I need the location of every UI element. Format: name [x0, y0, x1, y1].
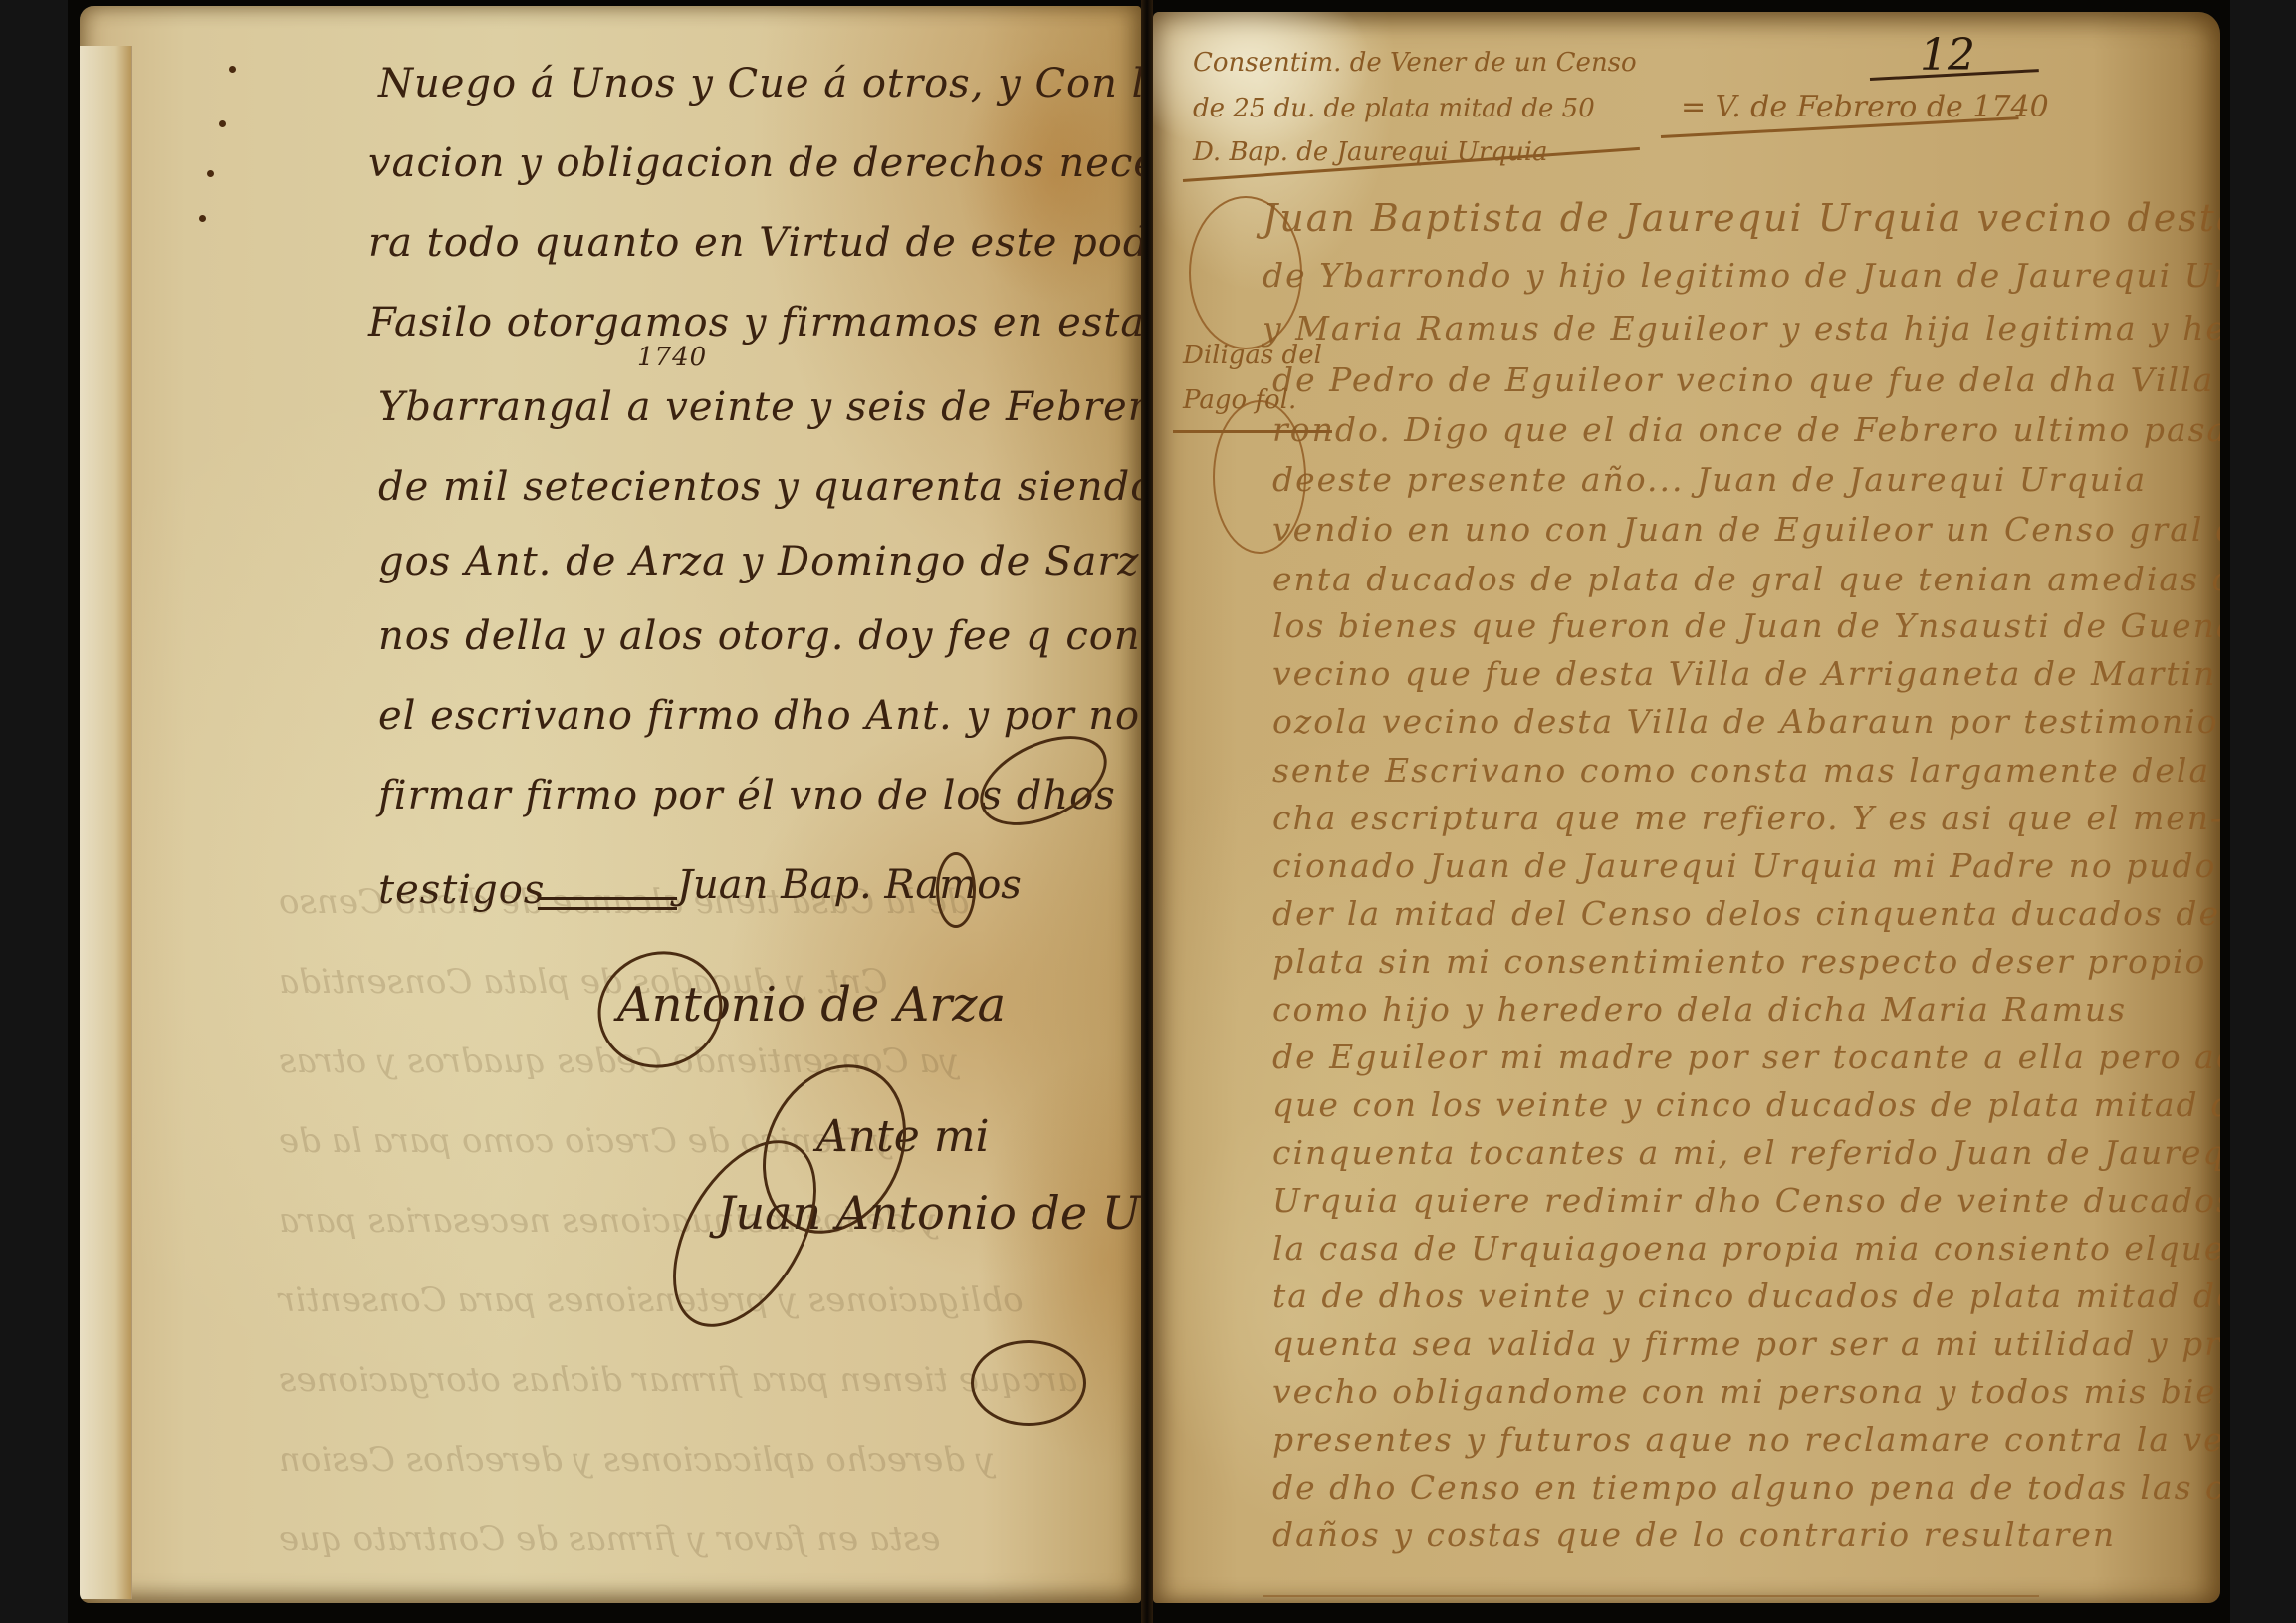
manuscript-line: vacion y obligacion de derechos necesari… [368, 140, 1141, 186]
bleed-through-text: arcque tienen para firmar dichas otorgac… [279, 1360, 1077, 1400]
manuscript-line: el escrivano firmo dho Ant. y por no sab… [378, 693, 1141, 739]
manuscript-line: cionado Juan de Jaurequi Urquia mi Padre… [1272, 846, 2220, 885]
witnesses-label: testigos [378, 867, 545, 913]
witness-dash-rule [538, 897, 677, 900]
manuscript-line: los bienes que fueron de Juan de Ynsaust… [1272, 606, 2220, 645]
manuscript-line: Ybarrangal a veinte y seis de Febrero de… [378, 384, 1141, 430]
manuscript-line: cinquenta tocantes a mi, el referido Jua… [1272, 1133, 2220, 1172]
signature-flourish [936, 852, 976, 928]
manuscript-line: Urquia quiere redimir dho Censo de veint… [1272, 1181, 2220, 1220]
manuscript-line: como hijo y heredero dela dicha Maria Ra… [1272, 990, 2127, 1029]
faded-area [1153, 12, 1372, 151]
viewer-side-panel-left [0, 0, 68, 1623]
manuscript-line: de Pedro de Eguileor vecino que fue dela… [1272, 360, 2220, 399]
manuscript-line: ozola vecino desta Villa de Abaraun por … [1272, 702, 2220, 741]
bleed-through-text: obligaciones y pretensiones para Consent… [279, 1280, 1024, 1320]
manuscript-line: Nuego á Unos y Cue á otros, y Con la rel… [378, 61, 1141, 107]
manuscript-line: de dho Censo en tiempo alguno pena de to… [1272, 1468, 2220, 1507]
manuscript-line: enta ducados de plata de gral que tenian… [1272, 560, 2220, 598]
worm-hole [229, 66, 236, 73]
manuscript-line: cha escriptura que me refiero. Y es asi … [1272, 799, 2220, 837]
manuscript-line: Fasilo otorgamos y firmamos en esta Vill… [368, 300, 1141, 346]
manuscript-line: gos Ant. de Arza y Domingo de Sarzoneo V… [378, 539, 1141, 584]
manuscript-line: vendio en uno con Juan de Eguileor un Ce… [1272, 510, 2220, 549]
witness-dash-rule [538, 907, 677, 910]
closing-rule [1263, 1595, 2039, 1597]
manuscript-line: que con los veinte y cinco ducados de pl… [1272, 1085, 2220, 1124]
manuscript-line: Juan Baptista de Jaurequi Urquia vecino … [1263, 196, 2220, 240]
viewer-side-panel-right [2230, 0, 2296, 1623]
bleed-through-text: esta en favor y firmas de Contrato que [279, 1519, 940, 1559]
manuscript-line: rondo. Digo que el dia once de Febrero u… [1272, 410, 2220, 449]
margin-heading-line: D. Bap. de Jaurequi Urquia [1193, 137, 1548, 167]
manuscript-line: nos della y alos otorg. doy fee q conozc… [378, 613, 1141, 659]
manuscript-line: deeste presente año... Juan de Jaurequi … [1272, 460, 2147, 499]
manuscript-line: plata sin mi consentimiento respecto des… [1272, 942, 2220, 981]
manuscript-line: de Eguileor mi madre por ser tocante a e… [1272, 1038, 2220, 1076]
margin-heading-line: Consentim. de Vener de un Censo [1193, 48, 1637, 78]
notary-rubric-flourish [971, 1340, 1086, 1426]
manuscript-line: daños y costas que de lo contrario resul… [1272, 1515, 2116, 1554]
manuscript-line: der la mitad del Censo delos cinquenta d… [1272, 894, 2220, 933]
manuscript-line: presentes y futuros aque no reclamare co… [1272, 1420, 2220, 1459]
margin-heading-line: de 25 du. de plata mitad de 50 [1193, 94, 1595, 123]
manuscript-line: de Ybarrondo y hijo legitimo de Juan de … [1263, 256, 2220, 295]
right-manuscript-page: 12 Consentim. de Vener de un Censo de 25… [1153, 12, 2220, 1603]
book-gutter [1141, 0, 1153, 1623]
worm-hole [207, 170, 214, 177]
manuscript-line: y Maria Ramus de Eguileor y esta hija le… [1263, 309, 2220, 348]
page-edge-leaves [80, 46, 132, 1599]
manuscript-line: ra todo quanto en Virtud de este poder o… [368, 220, 1141, 266]
manuscript-line: quenta sea valida y firme por ser a mi u… [1272, 1324, 2220, 1363]
worm-hole [199, 215, 206, 222]
manuscript-line: ta de dhos veinte y cinco ducados de pla… [1272, 1276, 2220, 1315]
year-annotation: 1740 [637, 343, 707, 372]
worm-hole [219, 120, 226, 127]
bleed-through-text: y derecho aplicaciones y derechos Cesion [279, 1440, 995, 1480]
manuscript-line: sente Escrivano como consta mas largamen… [1272, 751, 2220, 790]
manuscript-line: de mil setecientos y quarenta siendo tes… [378, 464, 1141, 510]
left-manuscript-page: de la Casa tiene alcance de dicho Censo … [80, 6, 1141, 1603]
manuscript-line: la casa de Urquiagoena propia mia consie… [1272, 1229, 2220, 1268]
manuscript-line: vecho obligandome con mi persona y todos… [1272, 1372, 2220, 1411]
manuscript-line: vecino que fue desta Villa de Arriganeta… [1272, 654, 2220, 693]
